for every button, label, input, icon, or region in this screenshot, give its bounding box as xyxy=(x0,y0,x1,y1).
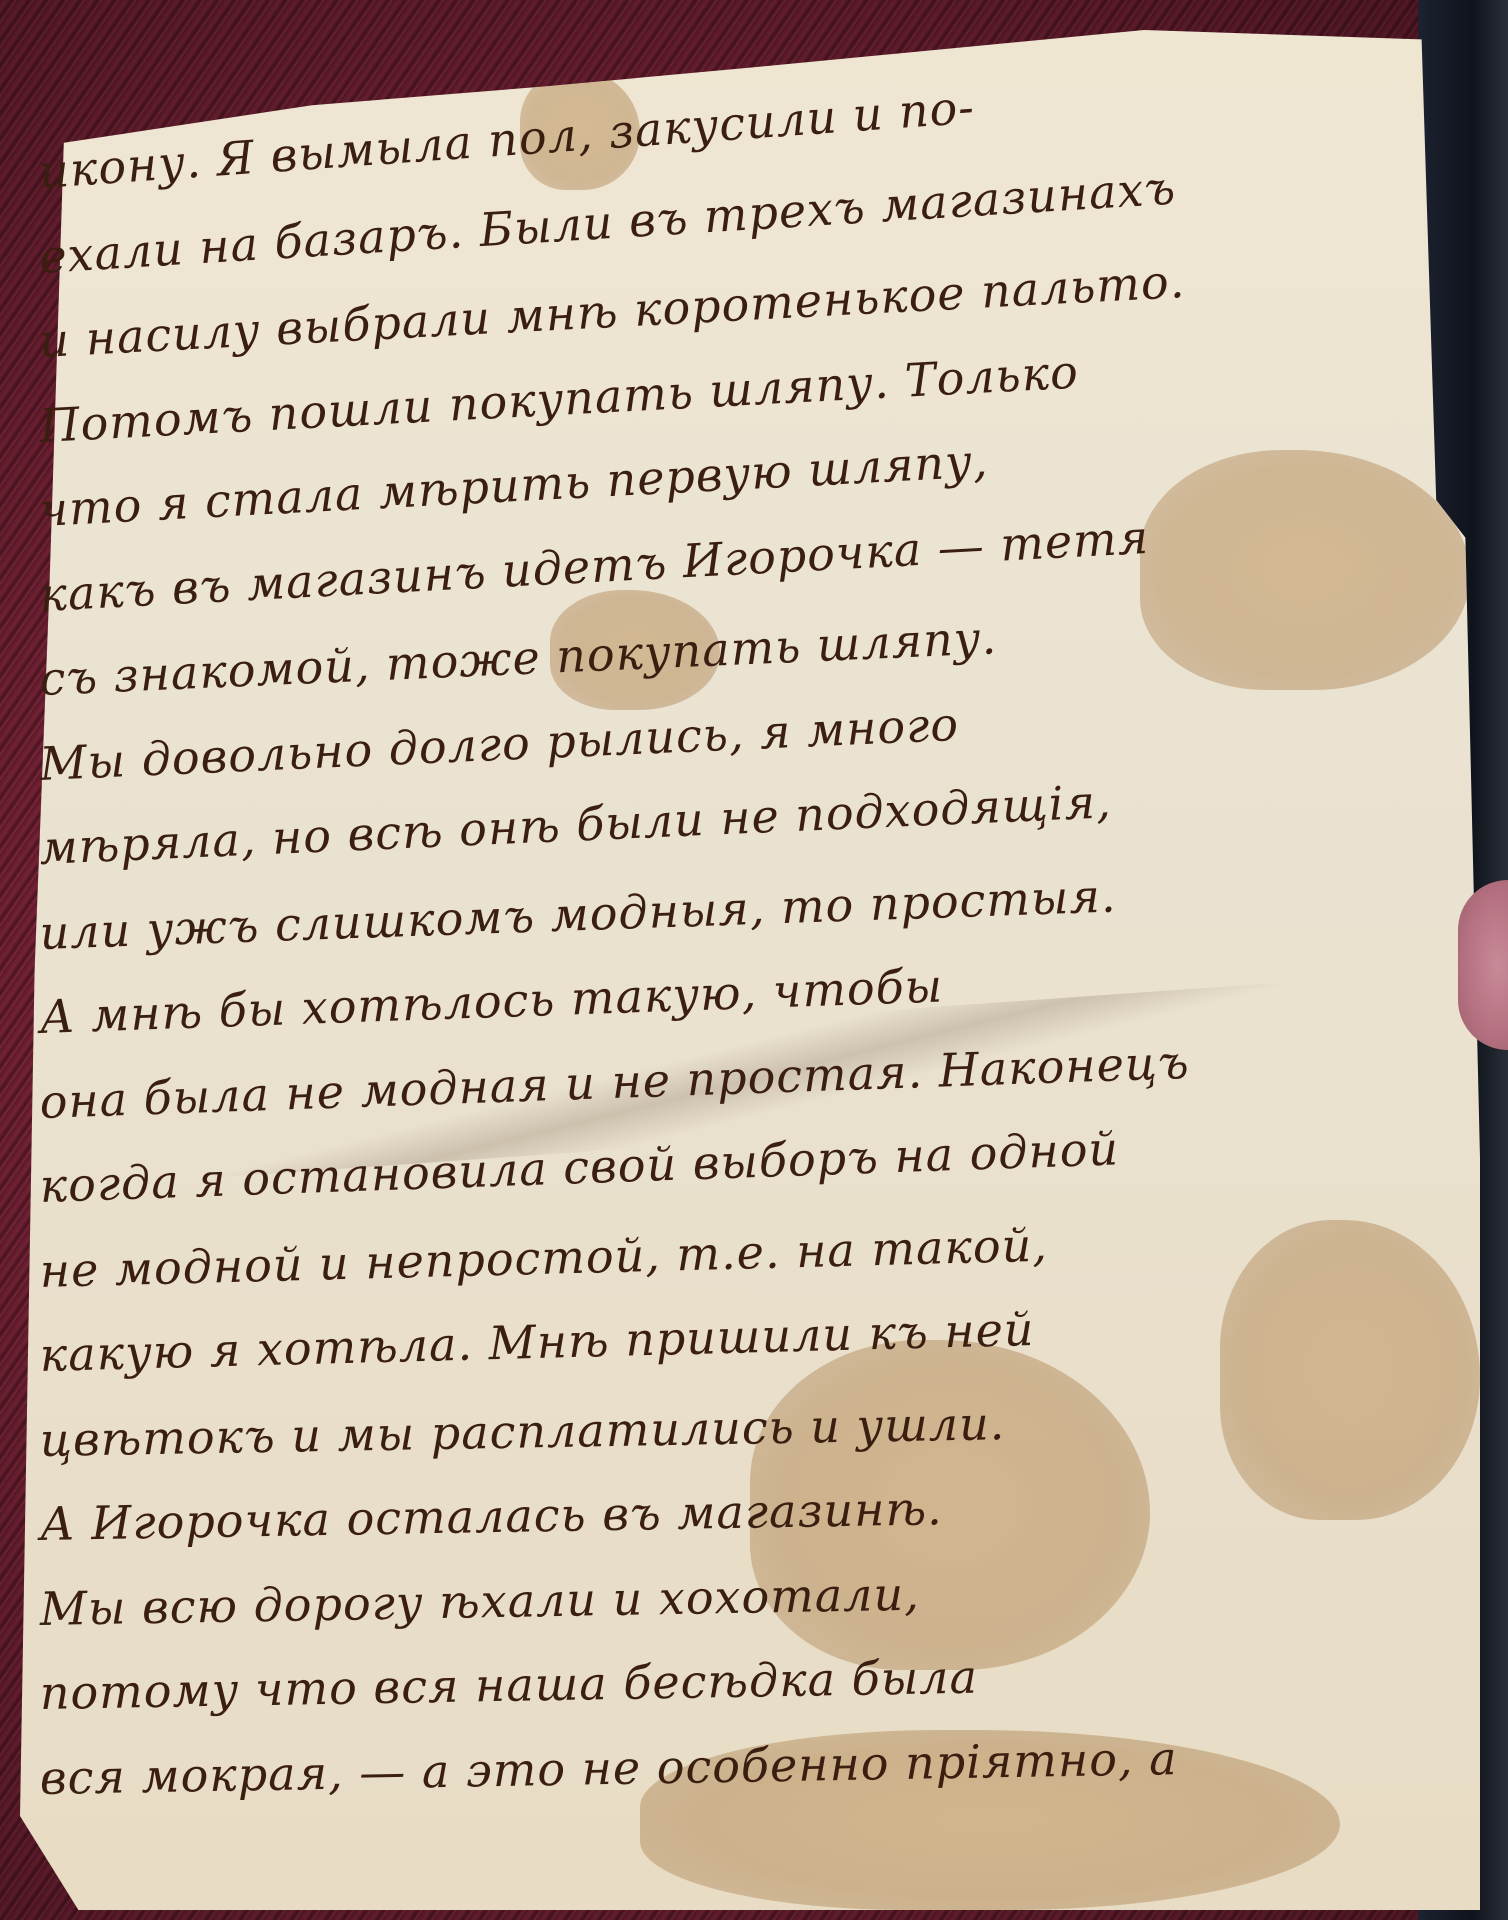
handwritten-text: икону. Я вымыла пол, закусили и по- ехал… xyxy=(40,140,1460,1830)
holding-thumb xyxy=(1458,880,1508,1050)
